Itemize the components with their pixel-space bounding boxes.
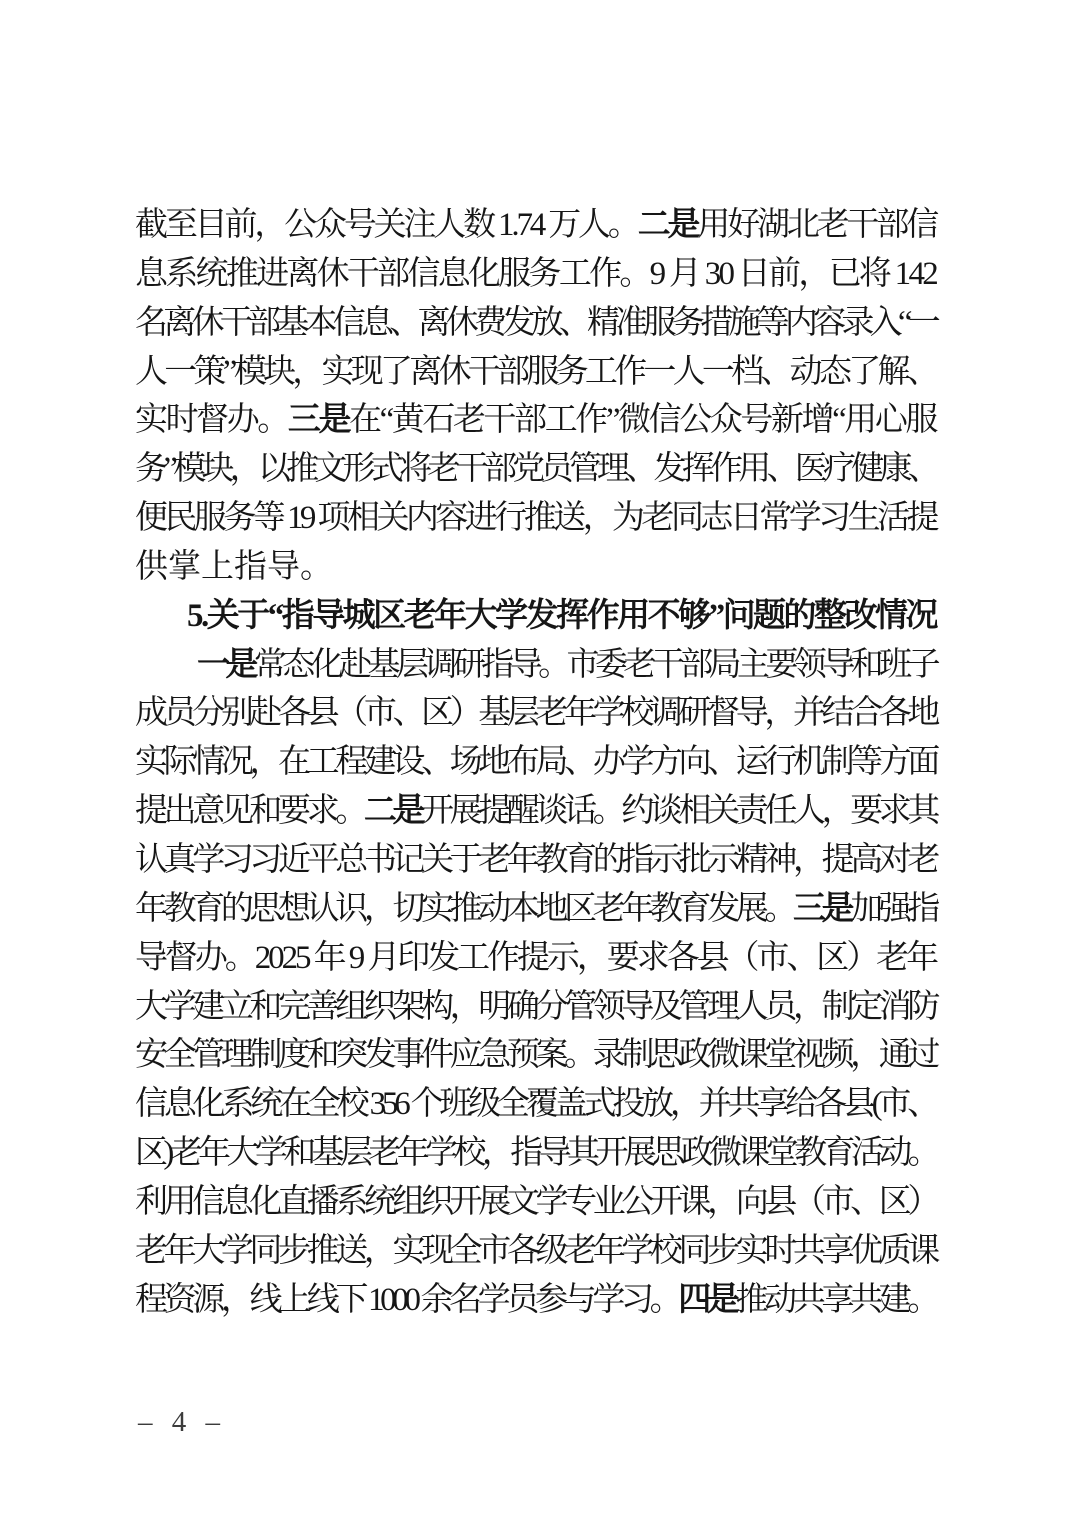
section-heading-line: 5.关于“指导城区老年大学发挥作用不够”问题的整改情况 <box>135 592 936 641</box>
text-line-content: 务”模块，以推文形式将老干部党员管理、发挥作用、医疗健康、 <box>135 445 936 494</box>
text-line: 大学建立和完善组织架构，明确分管领导及管理人员，制定消防 <box>135 983 936 1032</box>
text-line: 信息化系统在全校 356 个班级全覆盖式投放，并共享给各县(市、 <box>135 1080 936 1129</box>
body-text: 推动共享共建。 <box>736 1282 936 1318</box>
body-text: 开展提醒谈话。约谈相关责任人，要求其 <box>421 793 936 829</box>
text-line: 老年大学同步推送，实现全市各级老年学校同步实时共享优质课 <box>135 1227 936 1276</box>
text-line-content: 成员分别赴各县（市、区）基层老年学校调研督导，并结合各地 <box>135 689 936 738</box>
text-line: 一是常态化赴基层调研指导。市委老干部局主要领导和班子 <box>135 641 936 690</box>
emphasis-text: 二是 <box>364 793 421 829</box>
body-text: 安全管理制度和突发事件应急预案。录制思政微课堂视频，通过 <box>135 1037 936 1073</box>
text-line: 利用信息化直播系统组织开展文学专业公开课，向县（市、区） <box>135 1178 936 1227</box>
emphasis-text: 三是 <box>793 891 850 927</box>
body-text: 在“黄石老干部工作”微信公众号新增“用心服 <box>349 402 936 438</box>
text-line-content: 息系统推进离休干部信息化服务工作。9 月 30 日前，已将 142 <box>135 250 936 299</box>
body-text: 利用信息化直播系统组织开展文学专业公开课，向县（市、区） <box>135 1184 936 1220</box>
emphasis-text: 三是 <box>288 402 349 438</box>
emphasis-text: 二是 <box>638 207 698 243</box>
body-text: 供掌上指导。 <box>135 549 333 585</box>
body-text: 成员分别赴各县（市、区）基层老年学校调研督导，并结合各地 <box>135 695 936 731</box>
text-line-content: 一是常态化赴基层调研指导。市委老干部局主要领导和班子 <box>197 641 936 690</box>
text-line: 人一策”模块，实现了离休干部服务工作一人一档、动态了解、 <box>135 348 936 397</box>
body-text: 用好湖北老干部信 <box>697 207 936 243</box>
body-text: 区)老年大学和基层老年学校，指导其开展思政微课堂教育活动。 <box>135 1135 936 1171</box>
text-line: 成员分别赴各县（市、区）基层老年学校调研督导，并结合各地 <box>135 689 936 738</box>
text-line-content: 大学建立和完善组织架构，明确分管领导及管理人员，制定消防 <box>135 983 936 1032</box>
text-line-content: 导督办。2025 年 9 月印发工作提示，要求各县（市、区）老年 <box>135 934 936 983</box>
body-text: 息系统推进离休干部信息化服务工作。9 月 30 日前，已将 142 <box>135 256 936 292</box>
text-line: 区)老年大学和基层老年学校，指导其开展思政微课堂教育活动。 <box>135 1129 936 1178</box>
text-line: 名离休干部基本信息、离休费发放、精准服务措施等内容录入“一 <box>135 299 936 348</box>
text-line-content: 认真学习习近平总书记关于老年教育的指示批示精神，提高对老 <box>135 836 936 885</box>
body-text: 便民服务等 19 项相关内容进行推送，为老同志日常学习生活提 <box>135 500 936 536</box>
text-line: 务”模块，以推文形式将老干部党员管理、发挥作用、医疗健康、 <box>135 445 936 494</box>
body-text: 大学建立和完善组织架构，明确分管领导及管理人员，制定消防 <box>135 989 936 1025</box>
text-line-content: 区)老年大学和基层老年学校，指导其开展思政微课堂教育活动。 <box>135 1129 936 1178</box>
text-line: 实际情况，在工程建设、场地布局、办学方向、运行机制等方面 <box>135 738 936 787</box>
document-page: 截至目前，公众号关注人数 1.74 万人。二是用好湖北老干部信息系统推进离休干部… <box>0 0 1074 1520</box>
body-text: 导督办。2025 年 9 月印发工作提示，要求各县（市、区）老年 <box>135 940 936 976</box>
body-text: 截至目前，公众号关注人数 1.74 万人。 <box>135 207 638 243</box>
text-line-content: 供掌上指导。 <box>135 543 333 592</box>
text-line: 提出意见和要求。二是开展提醒谈话。约谈相关责任人，要求其 <box>135 787 936 836</box>
text-line-content: 利用信息化直播系统组织开展文学专业公开课，向县（市、区） <box>135 1178 936 1227</box>
body-text: 常态化赴基层调研指导。市委老干部局主要领导和班子 <box>254 647 936 683</box>
emphasis-text: 四是 <box>678 1282 735 1318</box>
text-line-content: 信息化系统在全校 356 个班级全覆盖式投放，并共享给各县(市、 <box>135 1080 936 1129</box>
body-text: 务”模块，以推文形式将老干部党员管理、发挥作用、医疗健康、 <box>135 451 936 487</box>
text-line-content: 实际情况，在工程建设、场地布局、办学方向、运行机制等方面 <box>135 738 936 787</box>
emphasis-text: 5.关于“指导城区老年大学发挥作用不够”问题的整改情况 <box>187 598 936 634</box>
text-line-content: 名离休干部基本信息、离休费发放、精准服务措施等内容录入“一 <box>135 299 936 348</box>
text-line-content: 人一策”模块，实现了离休干部服务工作一人一档、动态了解、 <box>135 348 936 397</box>
body-text: 加强指 <box>850 891 936 927</box>
text-line: 截至目前，公众号关注人数 1.74 万人。二是用好湖北老干部信 <box>135 201 936 250</box>
text-line-content: 实时督办。三是在“黄石老干部工作”微信公众号新增“用心服 <box>135 396 936 445</box>
text-line-content: 5.关于“指导城区老年大学发挥作用不够”问题的整改情况 <box>187 592 936 641</box>
document-body: 截至目前，公众号关注人数 1.74 万人。二是用好湖北老干部信息系统推进离休干部… <box>135 201 936 1324</box>
text-line: 认真学习习近平总书记关于老年教育的指示批示精神，提高对老 <box>135 836 936 885</box>
text-line-content: 安全管理制度和突发事件应急预案。录制思政微课堂视频，通过 <box>135 1031 936 1080</box>
text-line-content: 截至目前，公众号关注人数 1.74 万人。二是用好湖北老干部信 <box>135 201 936 250</box>
body-text: 年教育的思想认识，切实推动本地区老年教育发展。 <box>135 891 793 927</box>
body-text: 认真学习习近平总书记关于老年教育的指示批示精神，提高对老 <box>135 842 936 878</box>
text-line-content: 程资源，线上线下 1000 余名学员参与学习。四是推动共享共建。 <box>135 1276 936 1325</box>
body-text: 程资源，线上线下 1000 余名学员参与学习。 <box>135 1282 678 1318</box>
text-line: 息系统推进离休干部信息化服务工作。9 月 30 日前，已将 142 <box>135 250 936 299</box>
text-line: 安全管理制度和突发事件应急预案。录制思政微课堂视频，通过 <box>135 1031 936 1080</box>
text-line-content: 老年大学同步推送，实现全市各级老年学校同步实时共享优质课 <box>135 1227 936 1276</box>
body-text: 实际情况，在工程建设、场地布局、办学方向、运行机制等方面 <box>135 744 936 780</box>
text-line: 供掌上指导。 <box>135 543 936 592</box>
page-number: – 4 – <box>138 1404 226 1440</box>
text-line: 年教育的思想认识，切实推动本地区老年教育发展。三是加强指 <box>135 885 936 934</box>
emphasis-text: 一是 <box>197 647 254 683</box>
text-line-content: 提出意见和要求。二是开展提醒谈话。约谈相关责任人，要求其 <box>135 787 936 836</box>
text-line: 便民服务等 19 项相关内容进行推送，为老同志日常学习生活提 <box>135 494 936 543</box>
text-line: 程资源，线上线下 1000 余名学员参与学习。四是推动共享共建。 <box>135 1276 936 1325</box>
body-text: 名离休干部基本信息、离休费发放、精准服务措施等内容录入“一 <box>135 305 936 341</box>
text-line: 实时督办。三是在“黄石老干部工作”微信公众号新增“用心服 <box>135 396 936 445</box>
body-text: 信息化系统在全校 356 个班级全覆盖式投放，并共享给各县(市、 <box>135 1086 936 1122</box>
body-text: 人一策”模块，实现了离休干部服务工作一人一档、动态了解、 <box>135 354 936 390</box>
text-line-content: 年教育的思想认识，切实推动本地区老年教育发展。三是加强指 <box>135 885 936 934</box>
text-line-content: 便民服务等 19 项相关内容进行推送，为老同志日常学习生活提 <box>135 494 936 543</box>
body-text: 实时督办。 <box>135 402 288 438</box>
body-text: 提出意见和要求。 <box>135 793 364 829</box>
text-line: 导督办。2025 年 9 月印发工作提示，要求各县（市、区）老年 <box>135 934 936 983</box>
body-text: 老年大学同步推送，实现全市各级老年学校同步实时共享优质课 <box>135 1233 936 1269</box>
